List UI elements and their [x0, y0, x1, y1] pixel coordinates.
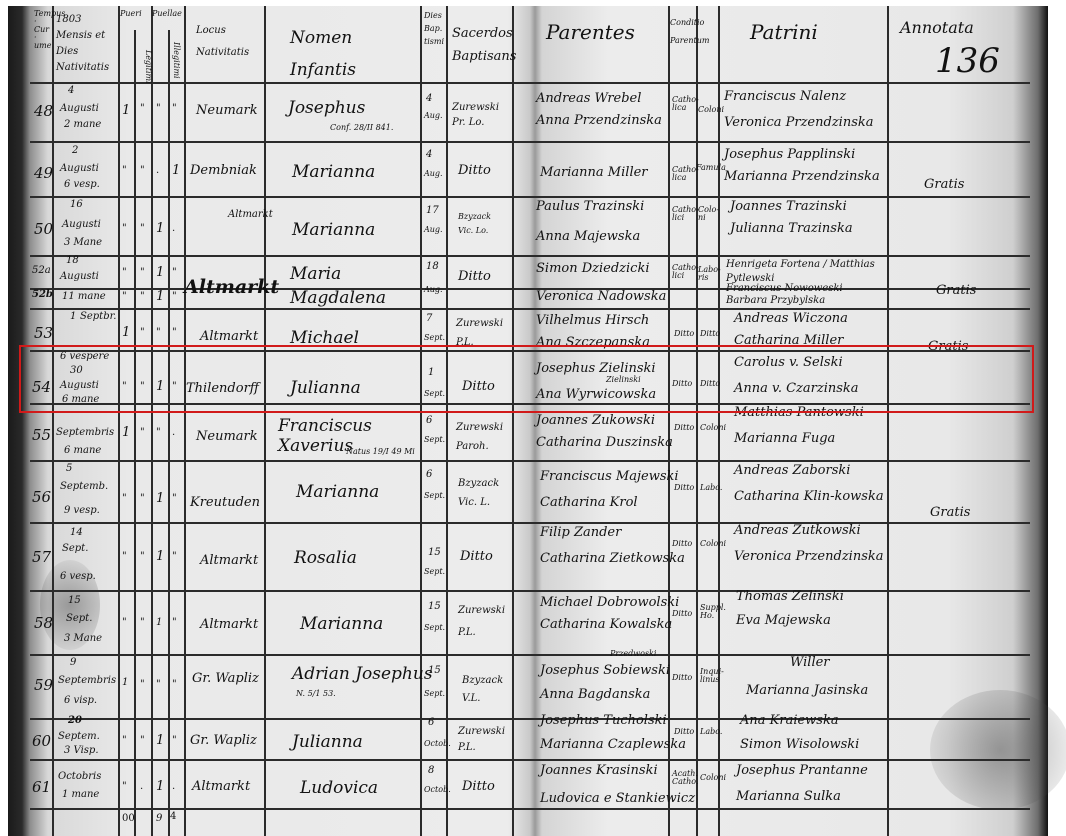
entry-bapt-day: 4 — [426, 150, 432, 160]
entry-month: Septembris — [56, 428, 114, 438]
entry-bapt-month: Sept. — [424, 436, 445, 444]
entry-legit: 1 — [156, 222, 164, 235]
entry-mother: Marianna Miller — [540, 166, 648, 179]
entry-nomen: Adrian Josephus — [292, 666, 433, 683]
row-rule — [30, 255, 1030, 257]
entry-number: 59 — [34, 678, 53, 693]
entry-bapt-month: Aug. — [424, 112, 443, 120]
row-rule — [30, 718, 1030, 720]
entry-annotata: Gratis — [936, 284, 976, 297]
entry-pueri: " — [122, 494, 127, 504]
entry-conditio-2: Coloni — [700, 774, 726, 782]
entry-sacerdos: Zurewski Pr. Lo. — [452, 100, 510, 130]
entry-locus: Altmarkt — [200, 554, 258, 567]
entry-bapt-day: 17 — [426, 206, 439, 216]
entry-nomen: Ludovica — [300, 780, 378, 797]
entry-annotata: Gratis — [924, 178, 964, 191]
entry-conditio-2: Labo. — [700, 484, 722, 492]
entry-time: 9 vesp. — [64, 506, 100, 516]
entry-illeg: " — [172, 618, 177, 628]
entry-time: 11 mane — [62, 292, 106, 302]
entry-nomen-note: Natus 19/I 49 Mi — [346, 448, 415, 456]
column-rule — [420, 6, 422, 836]
entry-mother: Marianna Czaplewska — [540, 738, 686, 751]
column-rule — [168, 30, 170, 836]
entry-mother: Ludovica e Stankiewicz — [540, 792, 695, 805]
entry-nomen: Josephus — [288, 100, 365, 117]
entry-month: Augusti — [60, 272, 99, 282]
entry-legit: 1 — [156, 266, 164, 279]
entry-locus: Altmarkt — [228, 210, 273, 220]
entry-bapt-month: Aug. — [424, 226, 443, 234]
entry-father-note: Przedwoski — [610, 650, 656, 658]
total-legit: 4 — [170, 812, 176, 822]
column-rule — [118, 6, 120, 836]
row-rule — [30, 808, 1030, 810]
entry-bapt-month: Octob. — [424, 786, 451, 794]
entry-godmother: Catharina Klin-kowska — [734, 490, 884, 503]
entry-illeg: " — [172, 268, 177, 278]
entry-locus: Altmarkt — [200, 618, 258, 631]
entry-illeg: " — [172, 104, 177, 114]
entry-conditio: Catho-lica — [672, 96, 696, 112]
entry-day: 20 — [68, 716, 82, 726]
entry-bapt-month: Aug. — [424, 286, 443, 294]
entry-legit: " — [156, 428, 161, 438]
entry-puellae: . — [140, 782, 143, 792]
entry-sacerdos: Bzyzack V.L. — [462, 672, 510, 708]
entry-godmother: Marianna Jasinska — [746, 684, 868, 697]
entry-legit: 1 — [156, 734, 164, 747]
entry-illeg: " — [172, 328, 177, 338]
entry-pueri: 1 — [122, 326, 130, 339]
column-rule — [512, 6, 514, 836]
row-rule — [30, 759, 1030, 761]
entry-godmother: Simon Wisolowski — [740, 738, 859, 751]
entry-day: 15 — [68, 596, 81, 606]
header-locus: Locus Nativitatis — [196, 20, 260, 64]
entry-illeg: . — [172, 428, 175, 438]
entry-locus: Gr. Wapliz — [192, 672, 259, 685]
entry-day: 2 — [72, 146, 78, 156]
entry-pueri: " — [122, 268, 127, 278]
entry-locus: Dembniak — [190, 164, 257, 177]
entry-nomen: Marianna — [292, 222, 375, 239]
entry-number: 60 — [32, 734, 51, 749]
entry-month: Septemb. — [60, 482, 108, 492]
entry-time: 6 vesp. — [60, 572, 96, 582]
entry-time: 6 visp. — [64, 696, 97, 706]
entry-conditio: Catho-lici — [672, 264, 696, 280]
column-rule — [184, 6, 186, 836]
entry-bapt-month: Sept. — [424, 690, 445, 698]
entry-locus: Altmarkt — [192, 780, 250, 793]
entry-month: Septbr. — [80, 312, 116, 322]
entry-pueri: " — [122, 292, 127, 302]
entry-godfather: Andreas Zaborski — [734, 464, 850, 477]
entry-puellae: " — [140, 166, 145, 176]
column-rule — [134, 30, 136, 836]
header-illegitimi: Illegitimi — [172, 42, 180, 79]
entry-sacerdos: Zurewski P.L. — [458, 600, 510, 644]
entry-mother: Anna Bagdanska — [540, 688, 650, 701]
entry-conditio: Ditto — [672, 674, 692, 682]
header-patrini: Patrini — [750, 22, 818, 42]
entry-time: 6 vesp. — [64, 180, 100, 190]
entry-illeg: 1 — [172, 164, 180, 177]
entry-nomen: Maria — [290, 266, 341, 283]
entry-illeg: " — [172, 680, 177, 690]
entry-nomen: Julianna — [292, 734, 363, 751]
entry-illeg: . — [172, 782, 175, 792]
entry-illeg: " — [172, 552, 177, 562]
column-rule — [696, 6, 698, 836]
entry-bapt-day: 18 — [426, 262, 439, 272]
row-rule — [30, 141, 1030, 143]
entry-godmother: Veronica Przendzinska — [734, 550, 884, 563]
entry-godfather: Josephus Papplinski — [724, 148, 855, 161]
column-rule — [52, 6, 54, 836]
entry-nomen: Marianna — [300, 616, 383, 633]
entry-nomen: Marianna — [296, 484, 379, 501]
entry-conditio-2: Colo-ni — [698, 206, 716, 222]
row-rule — [30, 590, 1030, 592]
entry-conditio-2: Labo-ris — [698, 266, 716, 282]
entry-bapt-day: 6 — [426, 470, 432, 480]
row-rule — [30, 522, 1030, 524]
document-page: Tempus · Cur · ume 1803 Mensis et Dies N… — [0, 0, 1066, 836]
entry-locus: Kreutuden — [190, 496, 260, 509]
entry-puellae: " — [140, 552, 145, 562]
entry-legit: " — [156, 104, 161, 114]
entry-legit: " — [156, 328, 161, 338]
column-rule — [446, 6, 448, 836]
entry-legit: 1 — [156, 780, 164, 793]
entry-puellae: " — [140, 428, 145, 438]
entry-father: Michael Dobrowolski — [540, 596, 679, 609]
entry-bapt-month: Sept. — [424, 334, 445, 342]
entry-month: Octobris — [58, 772, 101, 782]
entry-day: 16 — [70, 200, 83, 210]
entry-locus: Altmarkt — [184, 278, 279, 297]
entry-nomen: Rosalia — [294, 550, 357, 567]
entry-bapt-day: 15 — [428, 548, 441, 558]
entry-time: 3 Mane — [64, 634, 102, 644]
entry-pueri: " — [122, 224, 127, 234]
total-legit-struck: 9 — [156, 814, 162, 824]
total-pueri: 00 — [122, 814, 135, 824]
entry-father: Franciscus Majewski — [540, 470, 679, 483]
entry-nomen: Magdalena — [290, 290, 386, 307]
entry-father: Paulus Trazinski — [536, 200, 644, 213]
entry-mother: Catharina Kowalska — [540, 618, 672, 631]
column-rule — [718, 6, 720, 836]
entry-godmother: Eva Majewska — [736, 614, 831, 627]
header-nomen: Nomen Infantis — [290, 22, 400, 87]
entry-godmother: Marianna Sulka — [736, 790, 841, 803]
entry-father: Josephus Sobiewski — [540, 664, 670, 677]
entry-godmother: Julianna Trazinska — [730, 222, 853, 235]
entry-conditio: Ditto — [674, 330, 694, 338]
entry-illeg: . — [172, 224, 175, 234]
entry-father: Joannes Krasinski — [540, 764, 658, 777]
entry-mother: Veronica Nadowska — [536, 290, 666, 303]
row-rule — [30, 654, 1030, 656]
entry-godmother: Barbara Przybylska — [726, 296, 825, 306]
entry-number: 57 — [32, 550, 51, 565]
entry-number: 48 — [34, 104, 53, 119]
entry-day: 1 — [70, 312, 76, 322]
entry-pueri: 1 — [122, 426, 130, 439]
entry-conditio: Ditto — [674, 484, 694, 492]
column-rule — [151, 6, 153, 836]
entry-conditio-2: Inqui-linus — [700, 668, 718, 684]
entry-number: 52b — [32, 290, 53, 300]
scanned-register-page — [8, 6, 1048, 836]
entry-pueri: " — [122, 166, 127, 176]
entry-time: 3 Visp. — [64, 746, 99, 756]
entry-father: Joannes Zukowski — [536, 414, 655, 427]
entry-bapt-day: 7 — [426, 314, 432, 324]
entry-puellae: " — [140, 268, 145, 278]
entry-pueri: " — [122, 736, 127, 746]
entry-locus: Neumark — [196, 104, 258, 117]
entry-conditio-2: Famula — [696, 164, 726, 172]
entry-month: Augusti — [62, 220, 101, 230]
entry-godfather: Henrigeta Fortena / Matthias Pytlewski — [726, 258, 886, 286]
entry-sacerdos: Ditto — [460, 550, 493, 563]
entry-pueri: " — [122, 782, 127, 792]
row-rule — [30, 460, 1030, 462]
entry-number: 50 — [34, 222, 53, 237]
entry-locus: Gr. Wapliz — [190, 734, 257, 747]
entry-sacerdos: Ditto — [462, 780, 495, 793]
entry-conditio: Catho-lica — [672, 166, 696, 182]
entry-time: 1 mane — [62, 790, 99, 800]
header-pueri: Pueri — [120, 10, 142, 18]
column-rule — [668, 6, 670, 836]
entry-godfather: Josephus Prantanne — [736, 764, 868, 777]
entry-bapt-day: 15 — [428, 602, 441, 612]
entry-conditio-2: Suppl. Ho. — [700, 604, 718, 620]
entry-month: Sept. — [66, 614, 92, 624]
entry-nomen-note: Conf. 28/II 841. — [330, 124, 393, 132]
entry-conditio-2: Labo. — [700, 728, 722, 736]
header-dies-bapt: Dies Bap. tismi — [424, 10, 446, 48]
header-mensis: 1803 Mensis et Dies Nativitatis — [56, 12, 116, 76]
entry-month: Septembris — [58, 676, 116, 686]
entry-mother: Anna Majewska — [536, 230, 640, 243]
entry-locus: Altmarkt — [200, 330, 258, 343]
entry-time: 6 mane — [64, 446, 101, 456]
entry-bapt-day: 8 — [428, 766, 434, 776]
entry-godfather: Franciscus Nalenz — [724, 90, 846, 103]
entry-conditio: Catho-lici — [672, 206, 696, 222]
entry-legit: " — [156, 680, 161, 690]
entry-conditio-2: Coloni — [700, 424, 726, 432]
entry-sacerdos: Ditto — [458, 270, 491, 283]
highlighted-entry-box — [19, 345, 1034, 413]
entry-conditio: Acath. Catho. — [672, 770, 696, 786]
entry-pueri: " — [122, 552, 127, 562]
entry-conditio: Ditto — [672, 540, 692, 548]
entry-mother: Catharina Duszinska — [536, 436, 673, 449]
entry-month: Augusti — [60, 164, 99, 174]
header-tempus: Tempus · Cur · ume — [34, 10, 52, 50]
entry-godfather: Andreas Wiczona — [734, 312, 848, 325]
entry-father: Josephus Tucholski — [540, 714, 667, 727]
entry-illeg: " — [172, 736, 177, 746]
row-rule — [30, 196, 1030, 198]
entry-annotata: Gratis — [930, 506, 970, 519]
header-legitimi: Legitimi — [144, 50, 152, 84]
entry-legit: 1 — [156, 618, 162, 628]
header-rule — [30, 82, 1030, 84]
entry-father: Filip Zander — [540, 526, 621, 539]
entry-conditio-2: Ditto — [700, 330, 720, 338]
entry-number: 52a — [32, 266, 51, 276]
row-rule — [30, 288, 1030, 290]
entry-legit: 1 — [156, 290, 164, 303]
entry-godfather: Ana Kraiewska — [740, 714, 839, 727]
entry-puellae: " — [140, 736, 145, 746]
entry-godfather: Joannes Trazinski — [730, 200, 847, 213]
header-puellae: Puellae — [152, 10, 182, 18]
entry-sacerdos: Ditto — [458, 164, 491, 177]
ink-smudge — [930, 690, 1066, 810]
entry-mother: Anna Przendzinska — [536, 114, 662, 127]
entry-month: Augusti — [60, 104, 99, 114]
entry-puellae: " — [140, 104, 145, 114]
entry-puellae: " — [140, 224, 145, 234]
entry-number: 53 — [34, 326, 53, 341]
entry-sacerdos: Zurewski Paroh. — [456, 418, 510, 456]
header-sacerdos: Sacerdos Baptisans — [452, 22, 512, 69]
entry-godfather: Franciscus Nowoweski — [726, 284, 843, 294]
entry-number: 49 — [34, 166, 53, 181]
entry-illeg: " — [172, 494, 177, 504]
entry-legit: 1 — [156, 550, 164, 563]
header-conditio: Conditio Parentum — [670, 14, 716, 49]
row-rule — [30, 308, 1030, 310]
entry-bapt-month: Sept. — [424, 492, 445, 500]
entry-day: 5 — [66, 464, 72, 474]
entry-legit: 1 — [156, 492, 164, 505]
entry-sacerdos: Zurewski P.L. — [458, 724, 510, 756]
entry-pueri: " — [122, 618, 127, 628]
entry-bapt-month: Octob. — [424, 740, 451, 748]
entry-conditio-2: Coloni — [698, 106, 724, 114]
entry-conditio-2: Coloni — [700, 540, 726, 548]
entry-day: 4 — [68, 86, 74, 96]
entry-month: Septem. — [58, 732, 100, 742]
entry-conditio: Ditto — [674, 424, 694, 432]
entry-number: 61 — [32, 780, 51, 795]
entry-conditio: Ditto — [674, 728, 694, 736]
entry-locus: Neumark — [196, 430, 258, 443]
entry-puellae: " — [140, 680, 145, 690]
entry-father: Andreas Wrebel — [536, 92, 641, 105]
entry-bapt-day: 15 — [428, 666, 441, 676]
entry-pueri: 1 — [122, 678, 128, 688]
entry-conditio: Ditto — [672, 610, 692, 618]
entry-sacerdos: Bzyzack Vic. Lo. — [458, 210, 508, 239]
page-number: 136 — [935, 44, 1000, 78]
entry-mother: Catharina Zietkowska — [540, 552, 685, 565]
entry-father: Vilhelmus Hirsch — [536, 314, 649, 327]
entry-number: 55 — [32, 428, 51, 443]
entry-godfather: Andreas Zutkowski — [734, 524, 861, 537]
entry-day: 18 — [66, 256, 79, 266]
entry-puellae: " — [140, 494, 145, 504]
header-annotata: Annotata — [900, 20, 974, 36]
entry-number: 58 — [34, 616, 53, 631]
entry-nomen: Marianna — [292, 164, 375, 181]
entry-godmother: Marianna Przendzinska — [724, 170, 880, 183]
entry-number: 56 — [32, 490, 51, 505]
entry-mother: Catharina Krol — [540, 496, 638, 509]
entry-bapt-day: 4 — [426, 94, 432, 104]
entry-illeg: " — [172, 292, 177, 302]
entry-sacerdos: Bzyzack Vic. L. — [458, 474, 510, 512]
entry-godfather: Willer — [790, 656, 830, 669]
entry-nomen-note: N. 5/1 53. — [296, 690, 336, 698]
column-rule — [264, 6, 266, 836]
entry-time: 3 Mane — [64, 238, 102, 248]
entry-godfather: Thomas Zelinski — [736, 590, 844, 603]
entry-father: Simon Dziedzicki — [536, 262, 650, 275]
entry-day: 14 — [70, 528, 83, 538]
entry-legit: . — [156, 166, 159, 176]
entry-godmother: Veronica Przendzinska — [724, 116, 874, 129]
column-rule — [887, 6, 889, 836]
entry-godmother: Marianna Fuga — [734, 432, 835, 445]
entry-bapt-month: Sept. — [424, 568, 445, 576]
entry-bapt-month: Aug. — [424, 170, 443, 178]
entry-puellae: " — [140, 618, 145, 628]
entry-month: Sept. — [62, 544, 88, 554]
entry-time: 2 mane — [64, 120, 101, 130]
entry-bapt-month: Sept. — [424, 624, 445, 632]
entry-bapt-day: 6 — [428, 718, 434, 728]
entry-puellae: " — [140, 328, 145, 338]
entry-day: 9 — [70, 658, 76, 668]
entry-puellae: " — [140, 292, 145, 302]
entry-bapt-day: 6 — [426, 416, 432, 426]
header-parentes: Parentes — [546, 22, 635, 42]
entry-pueri: 1 — [122, 104, 130, 117]
